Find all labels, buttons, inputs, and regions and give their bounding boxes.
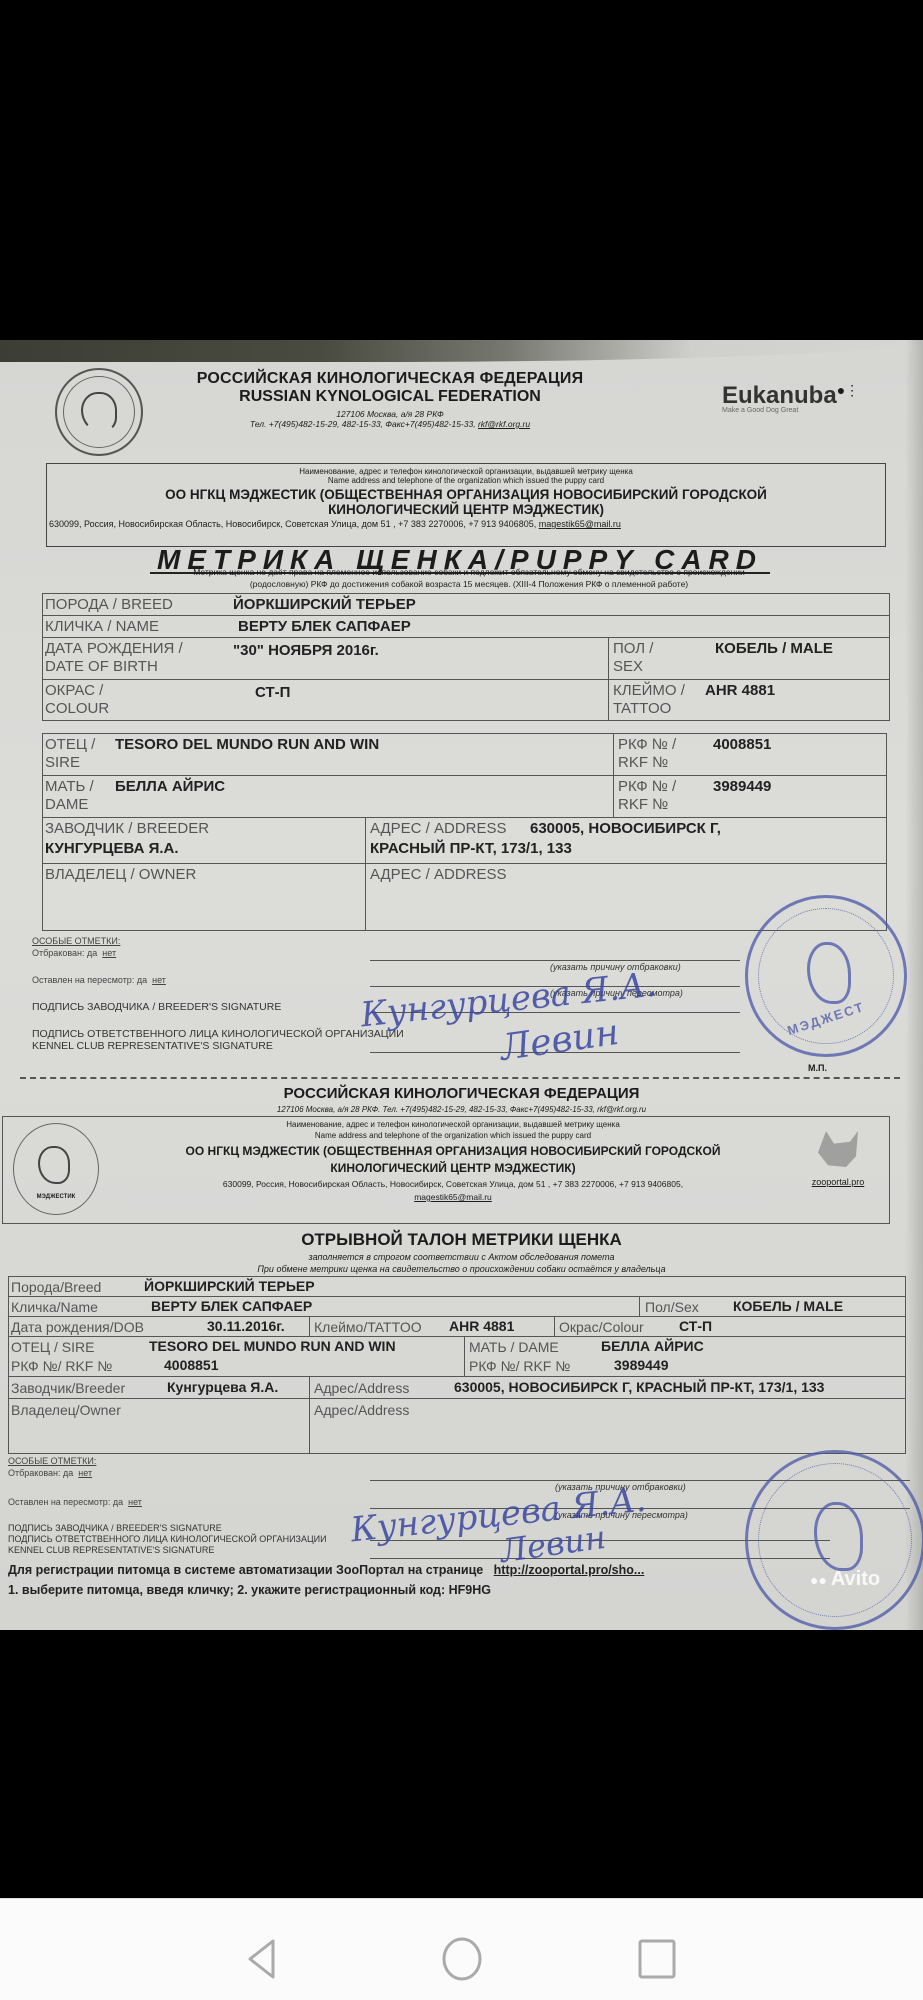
t-breeder-address-label: Адрес/Address [314,1379,409,1397]
issuer-caption-ru: Наименование, адрес и телефон кинологиче… [47,467,885,476]
issuer-address: 630099, Россия, Новосибирская Область, Н… [47,519,885,529]
recent-square-icon [635,1937,679,1981]
issuer-name-2: КИНОЛОГИЧЕСКИЙ ЦЕНТР МЭДЖЕСТИК) [47,502,885,517]
org-email: rkf@rkf.org.ru [478,419,530,429]
colour-label: ОКРАС /COLOUR [45,682,109,718]
photo-shadow [0,340,923,362]
t-dame-value: БЕЛЛА АЙРИС [601,1338,704,1354]
t-colour-value: СТ-П [679,1318,712,1334]
breeder-label: ЗАВОДЧИК / BREEDER [45,820,209,838]
photo-edge [905,340,923,1630]
issuer-box: Наименование, адрес и телефон кинологиче… [46,463,886,547]
t-sire-rkf-value: 4008851 [164,1357,219,1373]
org-title-en: RUSSIAN KYNOLOGICAL FEDERATION [150,388,630,406]
t-tattoo-label: Клеймо/TATTOO [314,1318,422,1336]
zooportal-label: zooportal.pro [793,1177,883,1187]
sex-value: КОБЕЛЬ / MALE [715,640,833,657]
rep-signature: Левин [498,1012,622,1069]
t-sex-label: Пол/Sex [645,1298,699,1316]
back-triangle-icon [240,1937,284,1981]
review-option: Оставлен на пересмотр: да нет [32,975,166,985]
eukanuba-logo: Eukanuba●⋮ Make a Good Dog Great [722,382,859,414]
t-remarks-title: ОСОБЫЕ ОТМЕТКИ: [8,1456,96,1466]
back-button[interactable] [240,1937,284,1981]
dob-label: ДАТА РОЖДЕНИЯ /DATE OF BIRTH [45,640,183,676]
t-dame-rkf-value: 3989449 [614,1357,669,1373]
org-address: 127106 Москва, а/я 28 РКФ [150,409,630,419]
breeder-address-label: АДРЕС / ADDRESS [370,820,507,838]
t-culled-option: Отбракован: да нет [8,1468,92,1478]
club-stamp: МЭДЖЕСТ [745,895,907,1057]
org-title-ru: РОССИЙСКАЯ КИНОЛОГИЧЕСКАЯ ФЕДЕРАЦИЯ [150,370,630,388]
dame-rkf-label: РКФ № /RKF № [618,778,676,814]
t-dob-value: 30.11.2016г. [207,1318,285,1334]
fox-icon [818,1131,858,1167]
sire-value: TESORO DEL MUNDO RUN AND WIN [115,736,379,753]
sponsor-tagline: Make a Good Dog Great [722,407,859,414]
t-breeder-value: Кунгурцева Я.А. [167,1379,278,1395]
issuer-email: magestik65@mail.ru [539,519,621,529]
t-sire-label: ОТЕЦ / SIRE [11,1338,94,1356]
parents-table: ОТЕЦ /SIRE TESORO DEL MUNDO RUN AND WIN … [42,733,887,931]
majestic-logo-icon: МЭДЖЕСТИК [13,1123,99,1215]
breeder-address-value-1: 630005, НОВОСИБИРСК Г, [530,820,721,837]
tearoff-issuer-email: magestik65@mail.ru [113,1192,793,1202]
paw-icon: ●⋮ [837,382,859,398]
t-dob-label: Дата рождения/DOB [11,1318,144,1336]
owner-label: ВЛАДЕЛЕЦ / OWNER [45,866,196,884]
zooportal-instructions: Для регистрации питомца в системе автома… [8,1563,644,1577]
t-colour-label: Окрас/Colour [559,1318,644,1336]
navigation-bar [0,1898,923,2000]
tearoff-issuer-box: МЭДЖЕСТИК Наименование, адрес и телефон … [2,1116,890,1224]
rep-signature-label-en: KENNEL CLUB REPRESENTATIVE'S SIGNATURE [32,1040,273,1052]
dame-rkf-value: 3989449 [713,778,771,795]
t-sire-rkf-label: РКФ №/ RKF № [11,1357,112,1375]
t-tattoo-value: AHR 4881 [449,1318,514,1334]
t-breed-value: ЙОРКШИРСКИЙ ТЕРЬЕР [144,1278,315,1294]
remarks-title: ОСОБЫЕ ОТМЕТКИ: [32,936,120,946]
t-name-label: Кличка/Name [11,1298,98,1316]
stamp-mp: М.П. [808,1063,827,1073]
t-owner-address-label: Адрес/Address [314,1401,409,1419]
breed-label: ПОРОДА / BREED [45,596,173,614]
dame-label: МАТЬ /DAME [45,778,94,814]
breed-value: ЙОРКШИРСКИЙ ТЕРЬЕР [233,596,416,613]
issuer-caption-en: Name address and telephone of the organi… [47,476,885,485]
t-name-value: ВЕРТУ БЛЕК САПФАЕР [151,1298,312,1314]
t-rep-signature-label-ru: ПОДПИСЬ ОТВЕТСТВЕННОГО ЛИЦА КИНОЛОГИЧЕСК… [8,1534,327,1544]
owner-address-label: АДРЕС / ADDRESS [370,866,507,884]
image-viewer: РОССИЙСКАЯ КИНОЛОГИЧЕСКАЯ ФЕДЕРАЦИЯ RUSS… [0,0,923,1898]
breeder-address-value-2: КРАСНЫЙ ПР-КТ, 173/1, 133 [370,840,572,857]
t-rep-signature-label-en: KENNEL CLUB REPRESENTATIVE'S SIGNATURE [8,1545,214,1555]
zooportal-logo: zooportal.pro [793,1131,883,1187]
t-breeder-label: Заводчик/Breeder [11,1379,125,1397]
issuer-name-1: ОО НГКЦ МЭДЖЕСТИК (ОБЩЕСТВЕННАЯ ОРГАНИЗА… [47,487,885,502]
sire-rkf-value: 4008851 [713,736,771,753]
culled-option: Отбракован: да нет [32,948,116,958]
t-review-option: Оставлен на пересмотр: да нет [8,1497,142,1507]
tearoff-table: Порода/Breed ЙОРКШИРСКИЙ ТЕРЬЕР Кличка/N… [8,1276,906,1454]
sire-rkf-label: РКФ № /RKF № [618,736,676,772]
avito-watermark: ●● Avito [810,1568,880,1591]
name-value: ВЕРТУ БЛЕК САПФАЕР [238,618,411,635]
tearoff-sub-1: заполняется в строгом соответствии с Акт… [0,1252,923,1262]
recent-apps-button[interactable] [635,1937,679,1981]
org-phones: Тел. +7(495)482-15-29, 482-15-33, Факс+7… [150,419,630,429]
t-breeder-signature-label: ПОДПИСЬ ЗАВОДЧИКА / BREEDER'S SIGNATURE [8,1523,222,1533]
t-breeder-address-value: 630005, НОВОСИБИРСК Г, КРАСНЫЙ ПР-КТ, 17… [454,1379,824,1395]
tearoff-contacts: 127106 Москва, а/я 28 РКФ. Тел. +7(495)4… [0,1105,923,1114]
tearoff-issuer-name-1: ОО НГКЦ МЭДЖЕСТИК (ОБЩЕСТВЕННАЯ ОРГАНИЗА… [113,1144,793,1158]
rkf-header: РОССИЙСКАЯ КИНОЛОГИЧЕСКАЯ ФЕДЕРАЦИЯ RUSS… [0,362,923,452]
document-photo[interactable]: РОССИЙСКАЯ КИНОЛОГИЧЕСКАЯ ФЕДЕРАЦИЯ RUSS… [0,340,923,1630]
t-dame-label: МАТЬ / DAME [469,1338,559,1356]
colour-value: СТ-П [255,684,290,701]
dob-value: "30" НОЯБРЯ 2016г. [233,642,379,659]
name-label: КЛИЧКА / NAME [45,618,159,636]
rkf-logo-icon [55,368,143,456]
tear-line [20,1077,900,1079]
tattoo-value: AHR 4881 [705,682,775,699]
card-note: Метрика щенка не даёт права на племенное… [44,566,894,590]
t-owner-label: Владелец/Owner [11,1401,121,1419]
t-dame-rkf-label: РКФ №/ RKF № [469,1357,570,1375]
tearoff-caption-en: Name address and telephone of the organi… [113,1131,793,1140]
dame-value: БЕЛЛА АЙРИС [115,778,225,795]
zooportal-steps: 1. выберите питомца, введя кличку; 2. ук… [8,1583,491,1597]
sponsor-name: Eukanuba [722,382,837,409]
tearoff-sub-2: При обмене метрики щенка на свидетельств… [0,1264,923,1274]
tearoff-caption-ru: Наименование, адрес и телефон кинологиче… [113,1120,793,1129]
sex-label: ПОЛ /SEX [613,640,653,676]
tearoff-org-title: РОССИЙСКАЯ КИНОЛОГИЧЕСКАЯ ФЕДЕРАЦИЯ [0,1085,923,1102]
breeder-signature-label: ПОДПИСЬ ЗАВОДЧИКА / BREEDER'S SIGNATURE [32,1001,281,1013]
t-sire-value: TESORO DEL MUNDO RUN AND WIN [149,1338,396,1354]
home-button[interactable] [440,1937,484,1981]
t-sex-value: КОБЕЛЬ / MALE [733,1298,843,1314]
rep-signature-label-ru: ПОДПИСЬ ОТВЕТСТВЕННОГО ЛИЦА КИНОЛОГИЧЕСК… [32,1028,404,1040]
sire-label: ОТЕЦ /SIRE [45,736,95,772]
breeder-value: КУНГУРЦЕВА Я.А. [45,840,179,857]
puppy-info-table: ПОРОДА / BREED ЙОРКШИРСКИЙ ТЕРЬЕР КЛИЧКА… [42,593,890,721]
t-breed-label: Порода/Breed [11,1278,101,1296]
tearoff-issuer-address: 630099, Россия, Новосибирская Область, Н… [113,1179,793,1189]
tearoff-title: ОТРЫВНОЙ ТАЛОН МЕТРИКИ ЩЕНКА [0,1230,923,1250]
zooportal-link[interactable]: http://zooportal.pro/sho... [494,1563,645,1577]
tattoo-label: КЛЕЙМО /TATTOO [613,682,685,718]
tearoff-issuer-name-2: КИНОЛОГИЧЕСКИЙ ЦЕНТР МЭДЖЕСТИК) [113,1161,793,1175]
home-circle-icon [440,1937,484,1981]
t-club-stamp [745,1450,923,1630]
